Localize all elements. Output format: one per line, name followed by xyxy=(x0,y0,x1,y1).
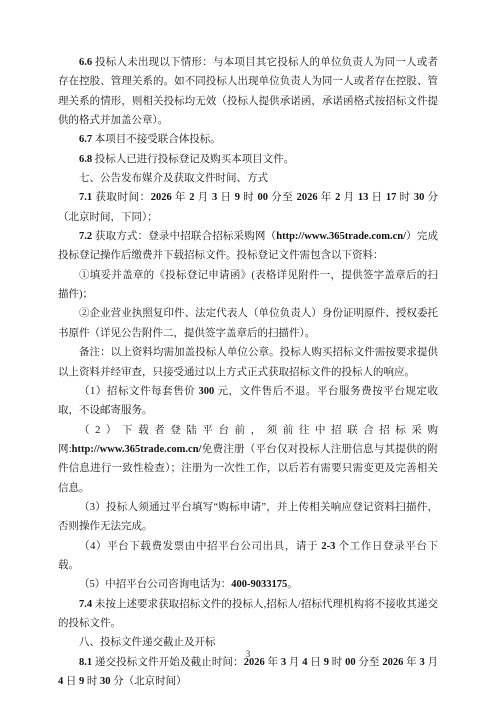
bold-text-run: 2026 xyxy=(297,192,318,203)
document-page: 6.6 投标人未出现以下情形：与本项目其它投标人的单位负责人为同一人或者存在控股… xyxy=(0,0,496,702)
clause-6-7: 6.7 本项目不接受联合体投标。 xyxy=(58,130,438,149)
bold-text-run: 6.7 xyxy=(79,134,92,145)
clause-7-4: 7.4 未按上述要求获取招标文件的投标人,招标人/招标代理机构将不接收其递交的投… xyxy=(58,595,438,634)
bold-text-run: 2026 xyxy=(151,192,172,203)
text-run: 时 xyxy=(396,192,414,203)
text-run: 未按上述要求获取招标文件的投标人,招标人/招标代理机构将不接收其递交的投标文件。 xyxy=(58,599,438,629)
item-paren-5: （5）中招平台公司咨询电话为：400-9033175。 xyxy=(58,575,438,594)
text-run: 投标人未出现以下情形：与本项目其它投标人的单位负责人为同一人或者存在控股、管理关… xyxy=(58,57,438,126)
text-run: 月 xyxy=(195,192,213,203)
text-run: 时 xyxy=(240,192,258,203)
clause-7-1: 7.1 获取时间：2026 年 2 月 3 日 9 时 00 分至 2026 年… xyxy=(58,188,438,227)
bold-text-run: 7.2 xyxy=(79,231,92,242)
text-run: 分（北京时间） xyxy=(111,676,187,687)
document-body: 6.6 投标人未出现以下情形：与本项目其它投标人的单位负责人为同一人或者存在控股… xyxy=(58,53,438,691)
text-run: 本项目不接受联合体投标。 xyxy=(92,134,221,145)
section-7-heading: 七、公告发布媒介及获取文件时间、方式 xyxy=(58,169,438,188)
text-run: 月 xyxy=(340,192,358,203)
page-number: 3 xyxy=(0,645,496,664)
text-run: 。 xyxy=(287,579,298,590)
text-run: 日 xyxy=(63,676,79,687)
item-paren-3: （3）投标人须通过平台填写“购标申请”，并上传相关响应登记资料扫描件，否则操作无… xyxy=(58,498,438,537)
text-run: 获取方式：登录中招联合招标采购网（ xyxy=(92,231,276,242)
text-run: ②企业营业执照复印件、法定代表人（单位负责人）身份证明原件、授权委托书原件（详见… xyxy=(58,308,438,338)
text-run: 日 xyxy=(217,192,235,203)
text-run: 备注：以上资料均需加盖投标人单位公章。投标人购买招标文件需按要求提供以上资料并经… xyxy=(58,347,438,377)
text-run: 日 xyxy=(368,192,386,203)
text-run: 年 xyxy=(172,192,190,203)
remark: 备注：以上资料均需加盖投标人单位公章。投标人购买招标文件需按要求提供以上资料并经… xyxy=(58,343,438,382)
bold-text-run: 300 xyxy=(199,386,215,397)
text-run: （4）平台下载费发票由中招平台公司出具，请于 xyxy=(79,541,321,552)
text-run: 获取时间： xyxy=(92,192,151,203)
text-run: ①填妥并盖章的《投标登记申请函》(表格详见附件一，提供签字盖章后的扫描件)； xyxy=(58,270,438,300)
bold-text-run: 6.8 xyxy=(79,154,92,165)
item-paren-4: （4）平台下载费发票由中招平台公司出具，请于 2-3 个工作日登录平台下载。 xyxy=(58,537,438,576)
text-run: 分至 xyxy=(268,192,297,203)
bold-text-run: 7.1 xyxy=(79,192,92,203)
bold-text-run: 7.4 xyxy=(79,599,92,610)
bold-text-run: http://www.365trade.com.cn/ xyxy=(276,231,406,242)
bold-text-run: 30 xyxy=(100,676,111,687)
clause-6-8: 6.8 投标人已进行投标登记及购买本项目文件。 xyxy=(58,150,438,169)
text-run: （1）招标文件每套售价 xyxy=(79,386,199,397)
clause-6-6: 6.6 投标人未出现以下情形：与本项目其它投标人的单位负责人为同一人或者存在控股… xyxy=(58,53,438,130)
bold-text-run: 30 xyxy=(414,192,425,203)
bold-text-run: 6.6 xyxy=(79,57,92,68)
text-run: 时 xyxy=(84,676,100,687)
bold-text-run: 13 xyxy=(358,192,369,203)
text-run: 年 xyxy=(318,192,336,203)
bold-text-run: 17 xyxy=(386,192,397,203)
item-circled-2: ②企业营业执照复印件、法定代表人（单位负责人）身份证明原件、授权委托书原件（详见… xyxy=(58,304,438,343)
clause-7-2: 7.2 获取方式：登录中招联合招标采购网（http://www.365trade… xyxy=(58,227,438,266)
bold-text-run: 2-3 xyxy=(321,541,335,552)
text-run: （3）投标人须通过平台填写“购标申请”，并上传相关响应登记资料扫描件，否则操作无… xyxy=(58,502,438,532)
text-run: 七、公告发布媒介及获取文件时间、方式 xyxy=(79,173,268,184)
item-circled-1: ①填妥并盖章的《投标登记申请函》(表格详见附件一，提供签字盖章后的扫描件)； xyxy=(58,266,438,305)
text-run: （5）中招平台公司咨询电话为： xyxy=(79,579,231,590)
bold-text-run: 400-9033175 xyxy=(231,579,287,590)
text-run: 投标人已进行投标登记及购买本项目文件。 xyxy=(92,154,294,165)
bold-text-run: http://www.365trade.com.cn/ xyxy=(72,444,202,455)
item-paren-1: （1）招标文件每套售价 300 元，文件售后不退。平台服务费按平台规定收取，不设… xyxy=(58,382,438,421)
bold-text-run: 00 xyxy=(258,192,269,203)
item-paren-2: （2）下载者登陆平台前，须前往中招联合招标采购网:http://www.365t… xyxy=(58,421,438,498)
